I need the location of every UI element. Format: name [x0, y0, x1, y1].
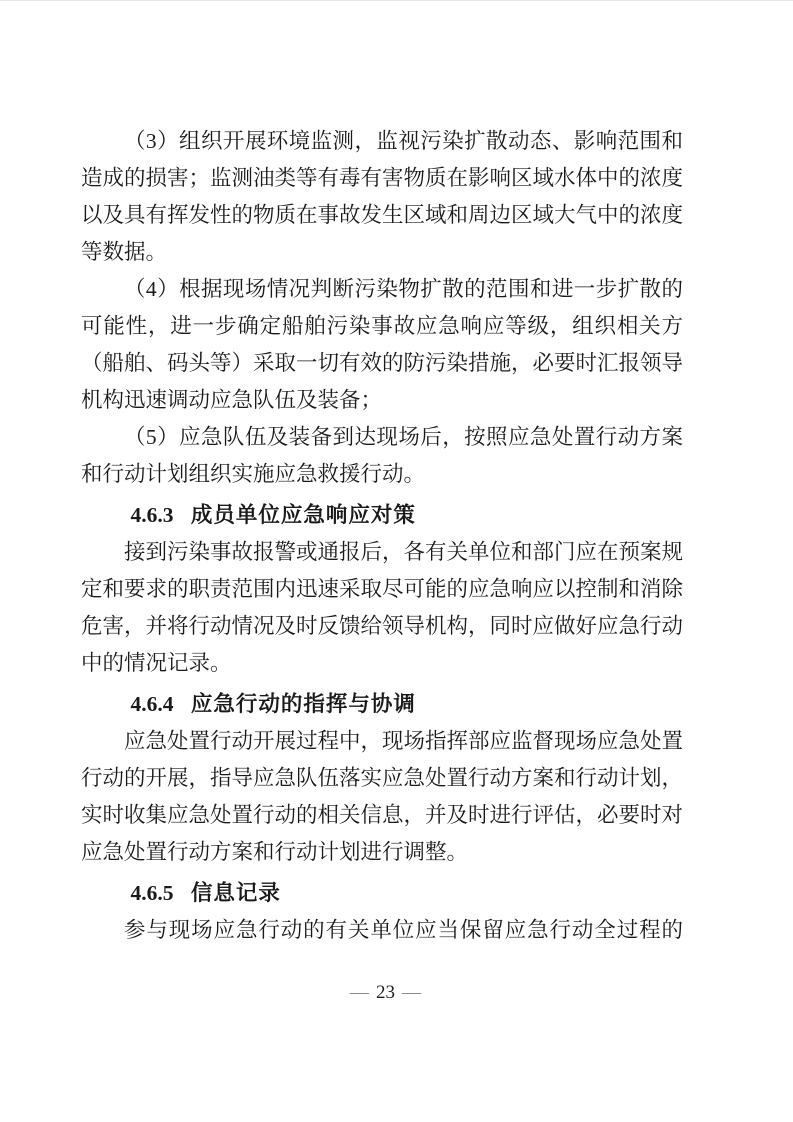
paragraph-team-arrival: （5）应急队伍及装备到达现场后，按照应急处置行动方案和行动计划组织实施应急救援行… [81, 419, 683, 493]
page-number: 23 [376, 982, 395, 1003]
heading-4-6-3: 4.6.3 成员单位应急响应对策 [81, 497, 683, 534]
paragraph-member-response: 接到污染事故报警或通报后，各有关单位和部门应在预案规定和要求的职责范围内迅速采取… [81, 534, 683, 682]
paragraph-info-record: 参与现场应急行动的有关单位应当保留应急行动全过程的 [81, 912, 683, 949]
heading-4-6-5: 4.6.5 信息记录 [81, 875, 683, 912]
footer-dash-right: — [402, 982, 421, 1003]
heading-title: 成员单位应急响应对策 [191, 503, 416, 527]
paragraph-spread-judgement: （4）根据现场情况判断污染物扩散的范围和进一步扩散的可能性，进一步确定船舶污染事… [81, 271, 683, 419]
heading-title: 信息记录 [191, 881, 281, 905]
paragraph-env-monitoring: （3）组织开展环境监测，监视污染扩散动态、影响范围和造成的损害；监测油类等有毒有… [81, 123, 683, 271]
heading-number: 4.6.5 [130, 881, 173, 905]
heading-number: 4.6.3 [130, 503, 173, 527]
heading-4-6-4: 4.6.4 应急行动的指挥与协调 [81, 686, 683, 723]
paragraph-command-coordination: 应急处置行动开展过程中，现场指挥部应监督现场应急处置行动的开展，指导应急队伍落实… [81, 723, 683, 871]
page-body: （3）组织开展环境监测，监视污染扩散动态、影响范围和造成的损害；监测油类等有毒有… [81, 123, 683, 949]
footer-dash-left: — [350, 982, 369, 1003]
page-footer: —23— [0, 981, 782, 1005]
heading-number: 4.6.4 [130, 692, 173, 716]
heading-title: 应急行动的指挥与协调 [191, 692, 416, 716]
